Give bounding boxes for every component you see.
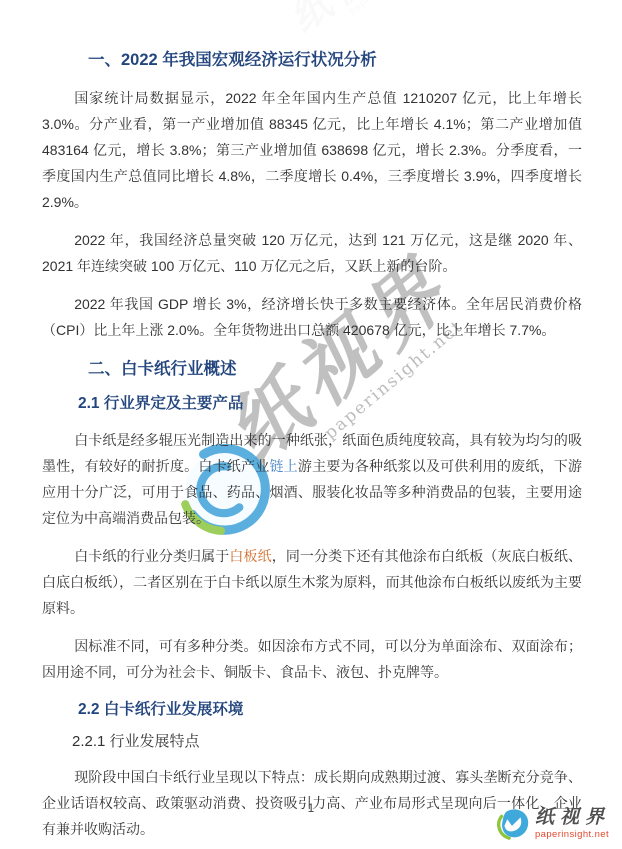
document-content: 一、2022 年我国宏观经济运行状况分析国家统计局数据显示，2022 年全年国内…: [42, 50, 582, 849]
paragraph: 国家统计局数据显示，2022 年全年国内生产总值 1210207 亿元，比上年增…: [42, 85, 582, 215]
brand-site: paperinsight.net: [535, 829, 609, 840]
paper-insight-bird-icon: [493, 806, 531, 842]
text-run: 白卡纸的行业分类归属于: [74, 548, 229, 564]
brand-text: 纸视界 paperinsight.net: [535, 808, 610, 840]
heading-h3: 2.2.1 行业发展特点: [42, 733, 582, 752]
text-run: 2.2.1 行业发展特点: [72, 733, 200, 750]
brand-watermark: 纸视界 paperinsight.net: [493, 806, 610, 842]
paragraph: 2022 年我国 GDP 增长 3%，经济增长快于多数主要经济体。全年居民消费价…: [42, 291, 582, 343]
text-run: 2.2 白卡纸行业发展环境: [78, 701, 243, 718]
document-page: 纸视界 paperinsight.net 纸视界 paperinsight.ne…: [0, 0, 622, 849]
paragraph: 白卡纸是经多辊压光制造出来的一种纸张，纸面色质纯度较高，具有较为均匀的吸墨性，有…: [42, 427, 582, 531]
text-run: 2022 年，我国经济总量突破 120 万亿元，达到 121 万亿元，这是继 2…: [42, 232, 582, 274]
heading-h2: 2.1 行业界定及主要产品: [42, 394, 582, 413]
paragraph: 2022 年，我国经济总量突破 120 万亿元，达到 121 万亿元，这是继 2…: [42, 227, 582, 279]
text-run: 国家统计局数据显示，2022 年全年国内生产总值 1210207 亿元，比上年增…: [42, 90, 582, 210]
heading-h2: 2.2 白卡纸行业发展环境: [42, 700, 582, 719]
text-run: 2022 年我国 GDP 增长 3%，经济增长快于多数主要经济体。全年居民消费价…: [42, 296, 582, 338]
text-run: 因标准不同，可有多种分类。如因涂布方式不同，可以分为单面涂布、双面涂布；因用途不…: [42, 638, 582, 680]
text-run: 一、2022 年我国宏观经济运行状况分析: [88, 51, 377, 69]
highlighted-term: 链上: [269, 458, 297, 474]
paragraph: 因标准不同，可有多种分类。如因涂布方式不同，可以分为单面涂布、双面涂布；因用途不…: [42, 633, 582, 685]
text-run: 2.1 行业界定及主要产品: [78, 395, 243, 412]
paragraph: 白卡纸的行业分类归属于白板纸，同一分类下还有其他涂布白纸板（灰底白板纸、白底白板…: [42, 543, 582, 621]
brand-name: 纸视界: [535, 808, 610, 827]
text-run: 二、白卡纸行业概述: [88, 360, 237, 378]
heading-h1: 二、白卡纸行业概述: [42, 359, 582, 380]
highlighted-term: 白板纸: [229, 548, 271, 564]
heading-h1: 一、2022 年我国宏观经济运行状况分析: [42, 50, 582, 71]
